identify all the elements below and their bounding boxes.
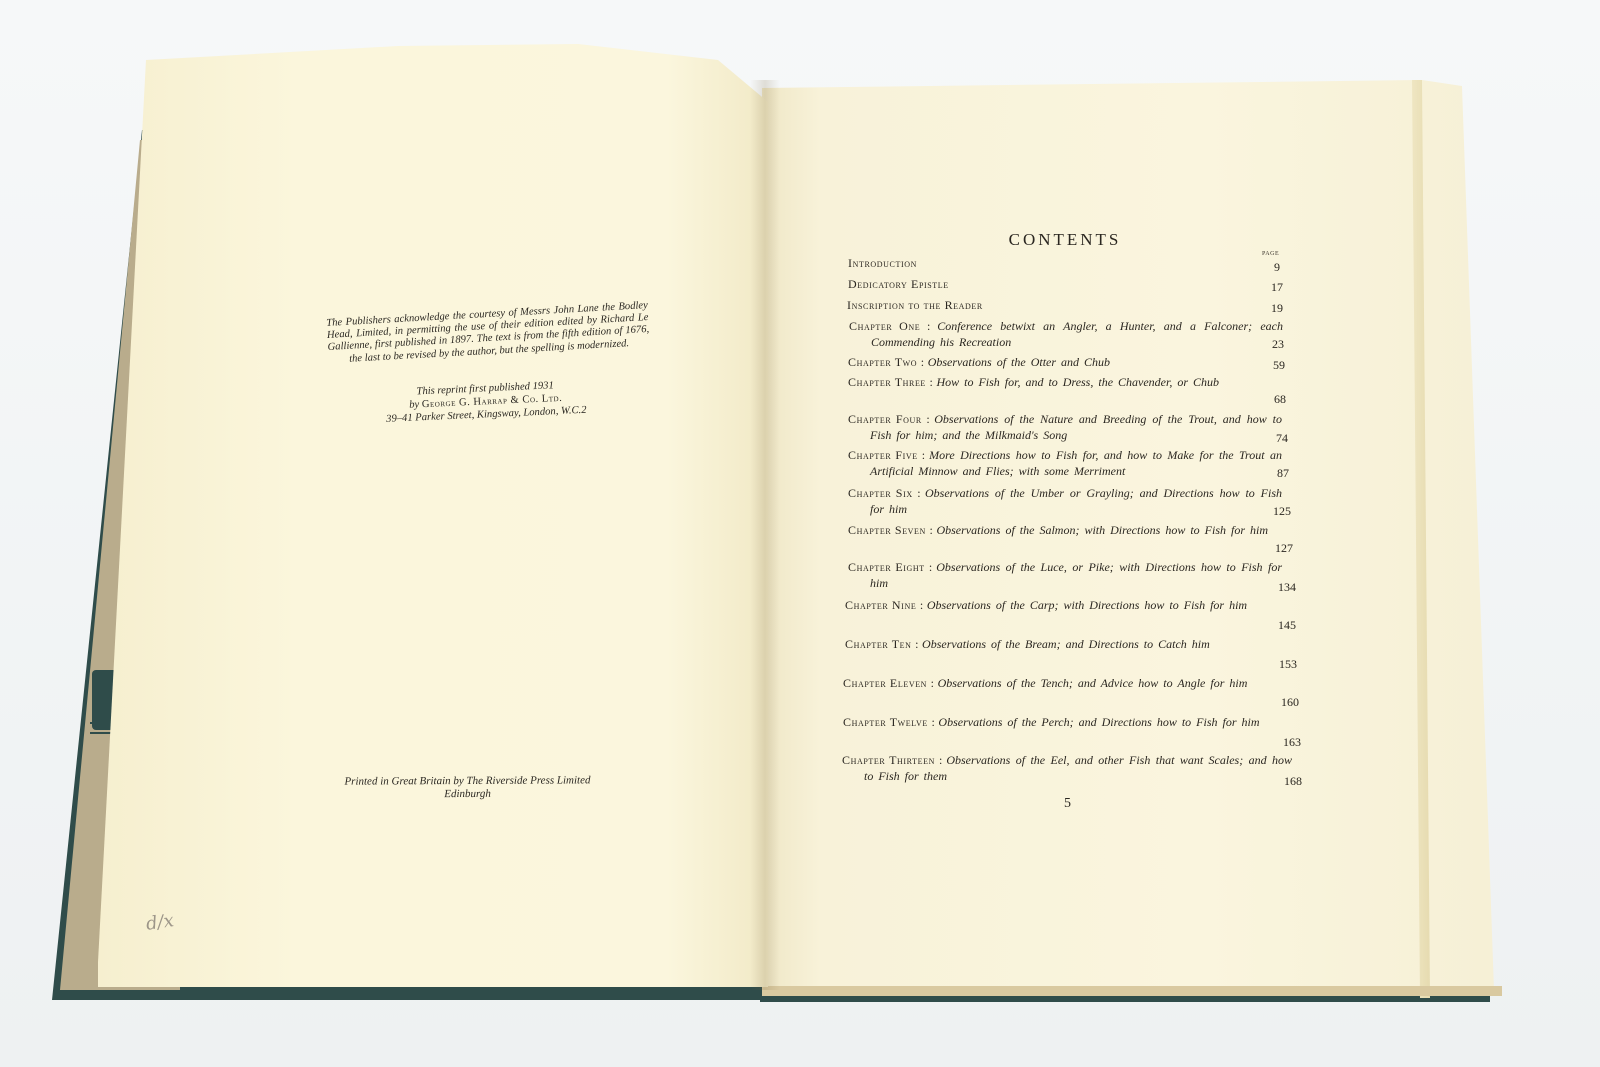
toc-entry: Chapter Ten : Observations of the Bream;… — [845, 637, 1279, 653]
toc-entry-label: Chapter Five : — [848, 448, 926, 462]
printer-notice: Printed in Great Britain by The Riversid… — [320, 774, 615, 802]
toc-entry-label: Introduction — [848, 256, 917, 270]
toc-entry-description: Observations of the Tench; and Advice ho… — [938, 676, 1248, 690]
toc-entry-page: 145 — [1278, 618, 1296, 634]
toc-entry-description: How to Fish for, and to Dress, the Chave… — [936, 375, 1219, 389]
toc-entry: Introduction 9 — [848, 256, 1282, 272]
toc-entry-description: Observations of the Perch; and Direction… — [938, 715, 1259, 729]
open-book: The Publishers acknowledge the courtesy … — [0, 0, 1600, 1067]
toc-entry: Chapter Three : How to Fish for, and to … — [848, 375, 1282, 391]
toc-entry: Chapter Eight : Observations of the Luce… — [848, 560, 1282, 591]
toc-entry-page: 68 — [1274, 392, 1286, 408]
bottom-page-edge — [762, 986, 1502, 996]
toc-entry: Chapter Nine : Observations of the Carp;… — [845, 598, 1279, 614]
left-page — [98, 22, 768, 987]
toc-entry-label: Chapter One : — [849, 319, 931, 333]
toc-entry-label: Chapter Three : — [848, 375, 933, 389]
toc-entry: Chapter Eleven : Observations of the Ten… — [843, 676, 1277, 692]
toc-entry-label: Chapter Four : — [848, 412, 930, 426]
toc-entry-page: 19 — [1271, 301, 1283, 317]
toc-entry-label: Chapter Twelve : — [843, 715, 935, 729]
toc-entry-page: 160 — [1281, 695, 1299, 711]
toc-entry-description: Observations of the Nature and Breeding … — [870, 412, 1282, 442]
endpaper-illustration — [92, 670, 114, 730]
toc-entry-page: 9 — [1274, 260, 1280, 276]
toc-entry-description: Observations of the Bream; and Direction… — [922, 637, 1210, 651]
toc-entry-page: 59 — [1273, 358, 1285, 374]
toc-entry-label: Inscription to the Reader — [847, 298, 983, 312]
toc-entry-label: Chapter Eleven : — [843, 676, 935, 690]
toc-entry-label: Chapter Two : — [848, 355, 925, 369]
toc-entry: Chapter Seven : Observations of the Salm… — [848, 523, 1282, 539]
toc-entry-label: Chapter Seven : — [848, 523, 933, 537]
toc-entry-page: 23 — [1272, 337, 1284, 353]
reprint-by: by — [409, 399, 419, 410]
toc-entry-page: 125 — [1273, 504, 1291, 520]
toc-entry: Chapter Five : More Directions how to Fi… — [848, 448, 1282, 479]
page-number: 5 — [1064, 796, 1071, 812]
toc-entry-label: Chapter Eight : — [848, 560, 933, 574]
contents-title: CONTENTS — [995, 230, 1135, 250]
toc-entry-page: 17 — [1271, 280, 1283, 296]
toc-entry-page: 127 — [1275, 541, 1293, 557]
toc-entry: Dedicatory Epistle 17 — [848, 277, 1282, 293]
toc-entry-page: 134 — [1278, 580, 1296, 596]
toc-entry-page: 87 — [1277, 466, 1289, 482]
toc-entry: Chapter Twelve : Observations of the Per… — [843, 715, 1277, 731]
toc-entry-page: 153 — [1279, 657, 1297, 673]
toc-entry-description: Observations of the Salmon; with Directi… — [936, 523, 1268, 537]
toc-entry: Chapter Six : Observations of the Umber … — [848, 486, 1282, 517]
toc-entry-description: Observations of the Otter and Chub — [928, 355, 1110, 369]
toc-entry: Inscription to the Reader 19 — [847, 298, 1281, 314]
book-gutter — [750, 80, 780, 990]
toc-entry-description: Observations of the Umber or Grayling; a… — [870, 486, 1282, 516]
toc-entry-label: Chapter Ten : — [845, 637, 919, 651]
toc-entry-label: Chapter Six : — [848, 486, 921, 500]
toc-entry: Chapter Two : Observations of the Otter … — [848, 355, 1282, 371]
toc-entry-description: Observations of the Carp; with Direction… — [927, 598, 1247, 612]
printer-line-1: Printed in Great Britain by The Riversid… — [320, 774, 615, 789]
toc-entry-label: Chapter Thirteen : — [842, 753, 943, 767]
toc-entry-page: 163 — [1283, 735, 1301, 751]
toc-entry-label: Dedicatory Epistle — [848, 277, 949, 291]
toc-entry-label: Chapter Nine : — [845, 598, 924, 612]
toc-entry: Chapter One : Conference betwixt an Angl… — [849, 319, 1283, 350]
toc-entry-page: 74 — [1276, 431, 1288, 447]
printer-line-2: Edinburgh — [320, 787, 615, 802]
toc-entry-page: 168 — [1284, 774, 1302, 790]
toc-entry-description: Conference betwixt an Angler, a Hunter, … — [871, 319, 1283, 349]
toc-entry: Chapter Four : Observations of the Natur… — [848, 412, 1282, 443]
toc-entry-description: More Directions how to Fish for, and how… — [870, 448, 1282, 478]
toc-entry: Chapter Thirteen : Observations of the E… — [842, 753, 1292, 784]
pencil-annotation: d/x — [145, 910, 175, 935]
